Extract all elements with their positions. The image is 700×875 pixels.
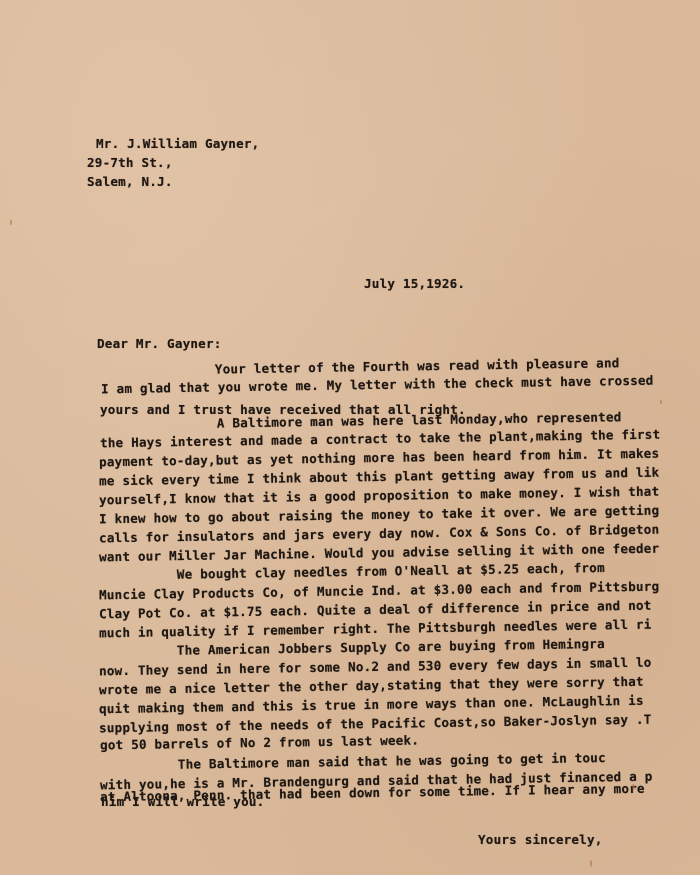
paper-speck (590, 860, 592, 867)
body-line: him I will write you. (101, 794, 264, 809)
body-line: The American Jobbers Supply Co are buyin… (99, 636, 605, 659)
salutation: Dear Mr. Gayner: (97, 336, 222, 351)
body-line: supplying most of the needs of the Pacif… (99, 712, 652, 736)
recipient-city: Salem, N.J. (87, 174, 173, 189)
recipient-name: Mr. J.William Gayner, (96, 136, 259, 151)
typed-letter-page: Mr. J.William Gayner, 29-7th St., Salem,… (0, 0, 700, 875)
paper-speck (660, 400, 662, 404)
closing: Yours sincerely, (478, 832, 603, 847)
body-line: The Baltimore man said that he was going… (100, 750, 606, 773)
paper-speck (10, 220, 12, 225)
recipient-street: 29-7th St., (87, 155, 173, 170)
body-line: got 50 barrels of No 2 from us last week… (100, 732, 419, 752)
letter-date: July 15,1926. (364, 276, 465, 291)
paper-speck (632, 784, 635, 790)
body-line: We bought clay needles from O'Neall at $… (99, 560, 605, 583)
